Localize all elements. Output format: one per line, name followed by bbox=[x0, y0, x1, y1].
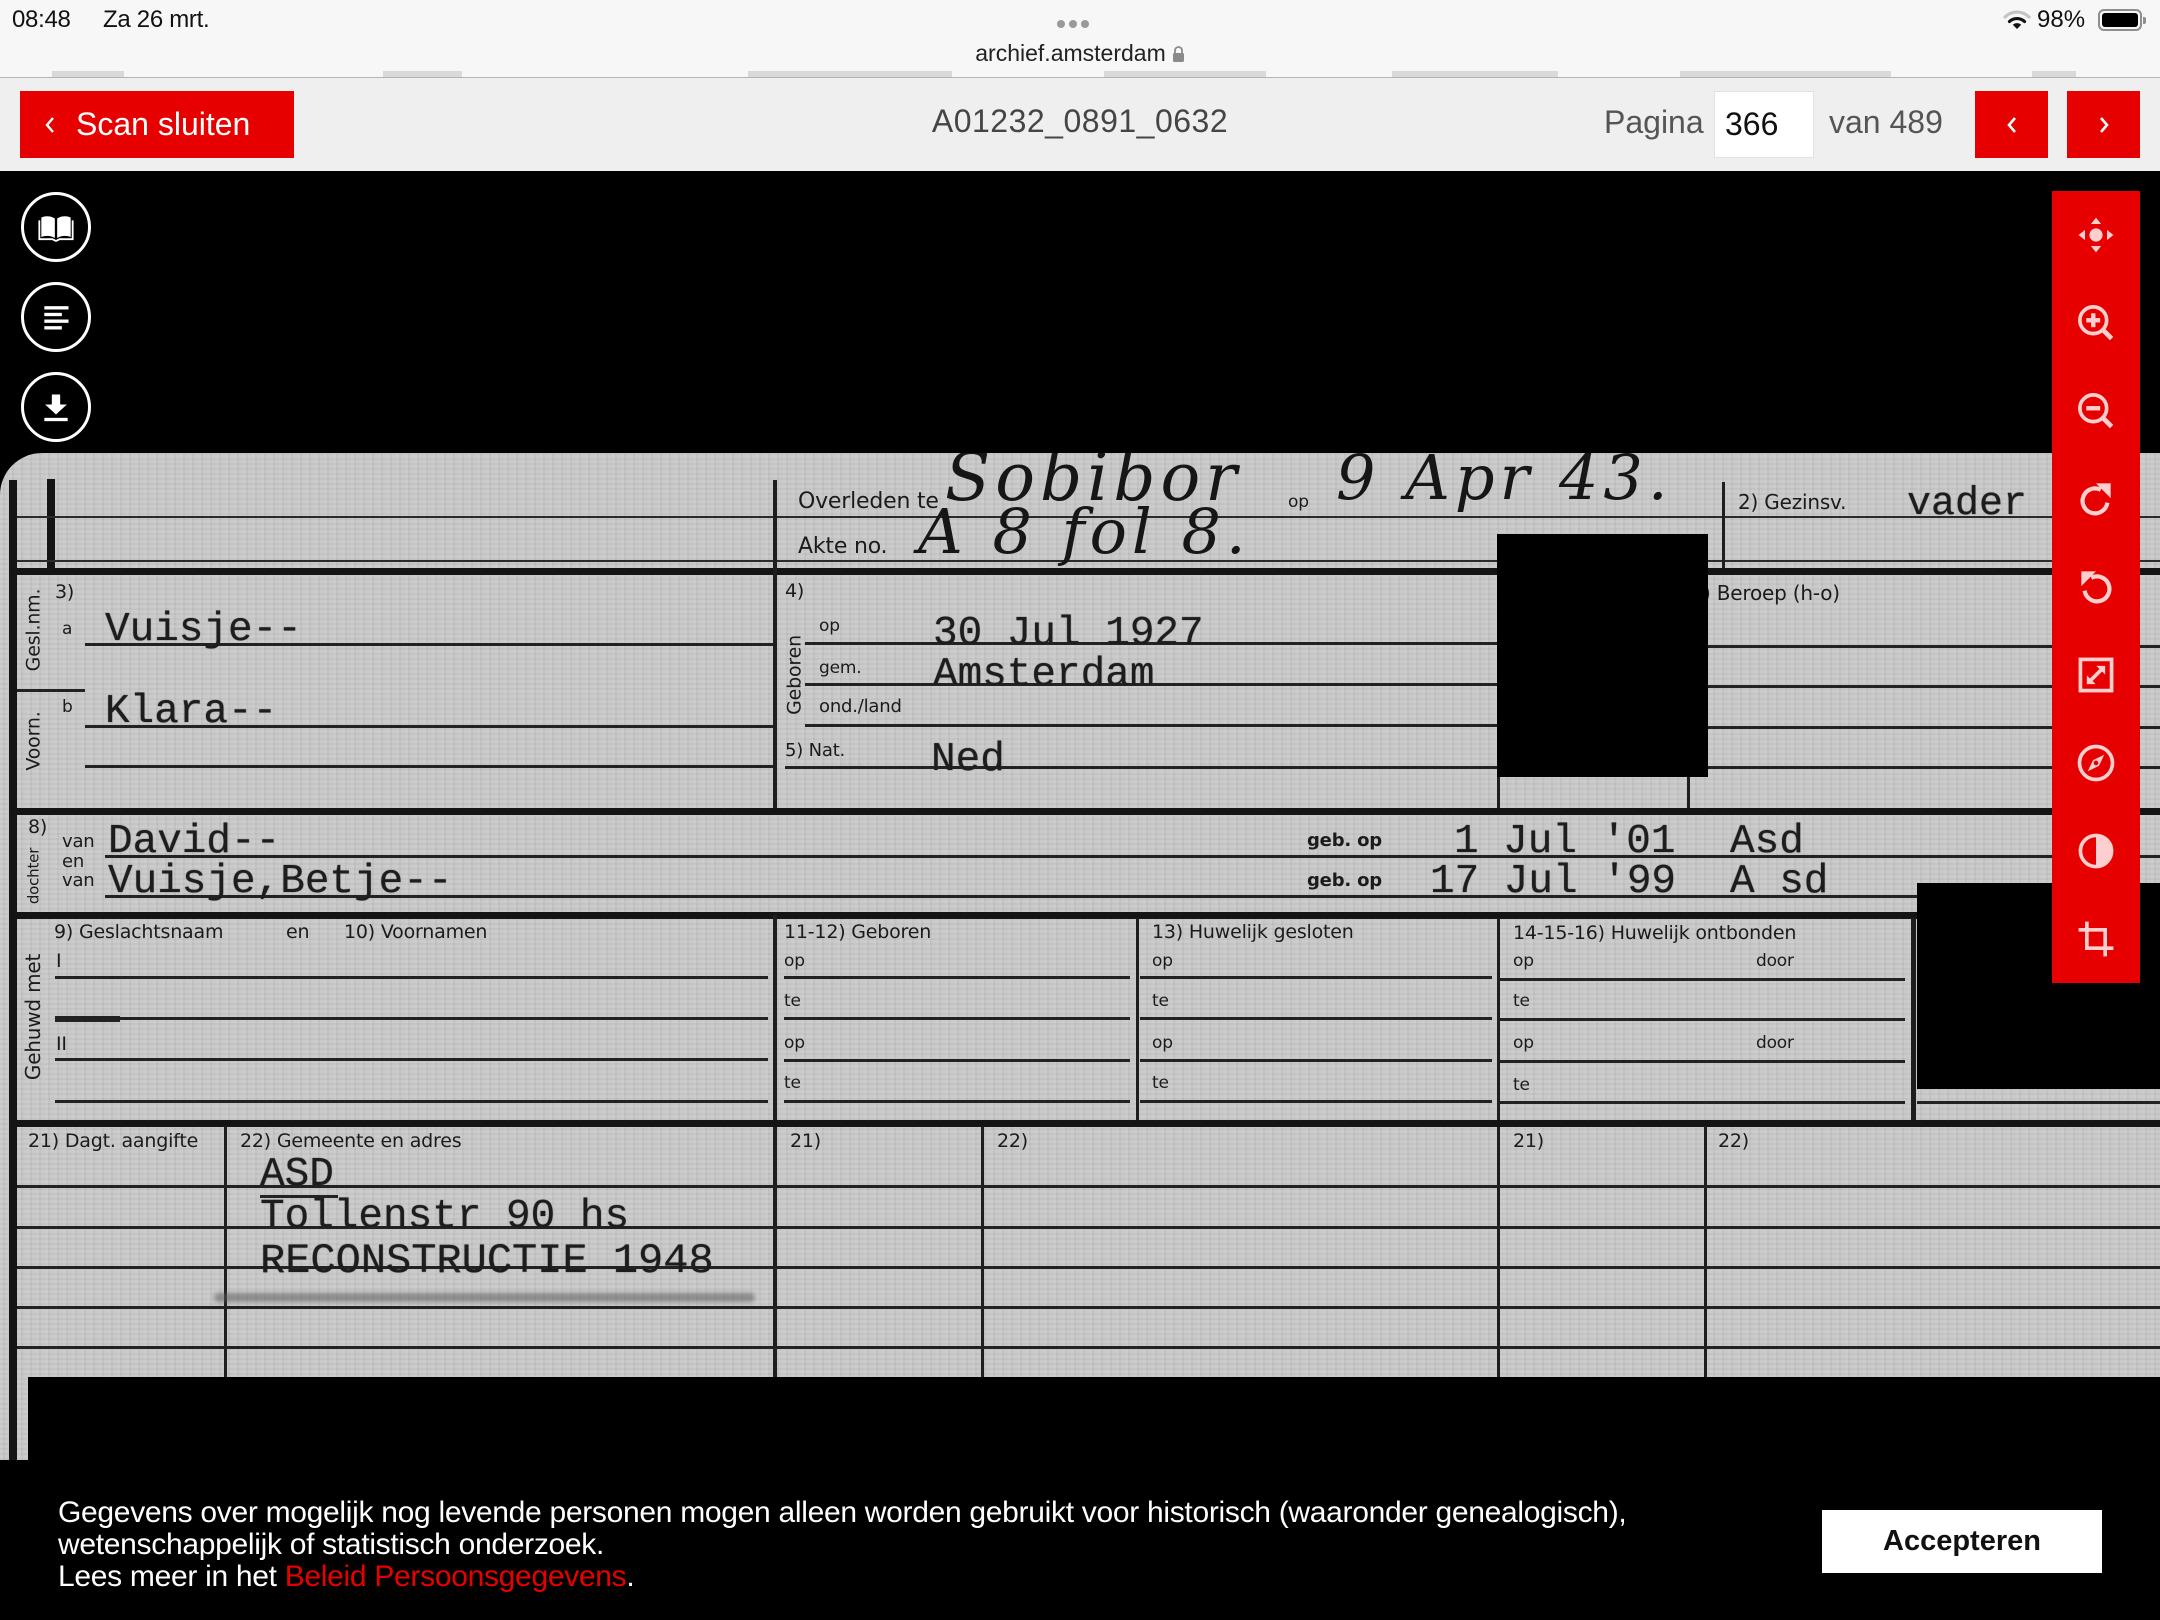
form-line bbox=[224, 1126, 227, 1377]
viewer-header: Scan sluiten A01232_0891_0632 Pagina van… bbox=[0, 78, 2160, 171]
form-line bbox=[85, 765, 773, 768]
form-line bbox=[55, 1058, 768, 1061]
geboorteplaats: Amsterdam bbox=[933, 655, 1154, 696]
label-te: te bbox=[1513, 1077, 1530, 1094]
page-number-input[interactable] bbox=[1714, 91, 1814, 158]
header-dagt-aangifte: 21) Dagt. aangifte bbox=[28, 1132, 198, 1151]
label-geb-op: geb. op bbox=[1307, 872, 1382, 890]
label-akte: Akte no. bbox=[798, 536, 887, 558]
form-line bbox=[55, 1100, 768, 1103]
accept-button[interactable]: Accepteren bbox=[1822, 1510, 2102, 1573]
label-dochter: dochter bbox=[27, 848, 42, 904]
contrast-icon bbox=[2074, 829, 2118, 873]
form-line bbox=[1704, 1126, 1707, 1377]
rotate-right-icon bbox=[2074, 477, 2118, 521]
label-voornamen: Voorn. bbox=[25, 711, 44, 770]
akte-nummer: A 8 fol 8. bbox=[918, 501, 1251, 563]
moeder-geboortedatum: 17 Jul '99 bbox=[1430, 862, 1676, 903]
form-line bbox=[1500, 978, 1905, 981]
book-icon bbox=[36, 207, 76, 247]
label-geslachtsnaam: Gesl.nm. bbox=[25, 589, 44, 672]
label-te: te bbox=[1152, 993, 1169, 1010]
section-number: 4) bbox=[785, 582, 804, 601]
privacy-banner: Gegevens over mogelijk nog levende perso… bbox=[0, 1460, 2160, 1620]
label-te: te bbox=[784, 993, 801, 1010]
vader-naam: David-- bbox=[108, 822, 280, 863]
crop-button[interactable] bbox=[2052, 895, 2140, 983]
rotate-right-button[interactable] bbox=[2052, 455, 2140, 543]
label-gezinsverhouding: 2) Gezinsv. bbox=[1738, 492, 1846, 512]
gezinsverhouding-value: vader bbox=[1907, 485, 2027, 525]
moeder-geboorteplaats: A sd bbox=[1730, 862, 1828, 903]
form-line bbox=[1136, 918, 1139, 1122]
header-huwelijk-gesloten: 13) Huwelijk gesloten bbox=[1152, 923, 1354, 942]
form-line bbox=[1500, 1018, 1905, 1021]
battery-icon bbox=[2098, 9, 2142, 31]
page-label: Pagina bbox=[1604, 104, 1704, 141]
form-line bbox=[784, 1059, 1130, 1062]
rotate-left-button[interactable] bbox=[2052, 543, 2140, 631]
chevron-left-icon bbox=[2005, 114, 2019, 136]
label-te: te bbox=[1513, 993, 1530, 1010]
moeder-naam: Vuisje,Betje-- bbox=[108, 862, 452, 903]
zoom-out-button[interactable] bbox=[2052, 367, 2140, 455]
geboortedatum: 30 Jul 1927 bbox=[933, 614, 1204, 655]
url-bar[interactable]: archief.amsterdam bbox=[0, 40, 2160, 69]
redaction-box bbox=[28, 1377, 2160, 1460]
scanned-record-card: Overleden te Sobibor op 9 Apr 43. Akte n… bbox=[0, 453, 2160, 1460]
form-line bbox=[55, 1017, 768, 1020]
privacy-policy-link[interactable]: Beleid Persoonsgegevens bbox=[285, 1560, 627, 1593]
form-line bbox=[1140, 1017, 1492, 1020]
form-line bbox=[1722, 482, 1725, 568]
label-op: op bbox=[1152, 1035, 1173, 1052]
form-line bbox=[9, 568, 2160, 575]
section-number: 3) bbox=[55, 583, 74, 602]
chevron-right-icon bbox=[2097, 114, 2111, 136]
form-line bbox=[784, 1017, 1130, 1020]
form-line bbox=[773, 480, 777, 810]
previous-page-button[interactable] bbox=[1975, 91, 2048, 158]
label-door: door bbox=[1756, 1035, 1794, 1052]
section-number: 8) bbox=[28, 818, 47, 837]
status-time: 08:48 bbox=[12, 6, 71, 34]
battery-percent: 98% bbox=[2037, 6, 2085, 34]
overleden-datum: 9 Apr 43. bbox=[1336, 453, 1673, 509]
header-gemeente-adres: 22) Gemeente en adres bbox=[240, 1132, 461, 1151]
form-line bbox=[9, 808, 2160, 815]
label-geboren: Geboren bbox=[786, 635, 805, 715]
header-22: 22) bbox=[1718, 1132, 1749, 1151]
form-line bbox=[47, 479, 55, 568]
privacy-notice-text: Gegevens over mogelijk nog levende perso… bbox=[58, 1497, 1628, 1593]
form-line bbox=[105, 855, 2160, 858]
label-op: op bbox=[1152, 953, 1173, 970]
label-van: van bbox=[62, 872, 95, 890]
download-icon bbox=[36, 387, 76, 427]
lock-icon bbox=[1172, 42, 1185, 69]
label-op: op bbox=[784, 953, 805, 970]
scan-viewer[interactable]: Overleden te Sobibor op 9 Apr 43. Akte n… bbox=[0, 171, 2160, 1460]
crop-icon bbox=[2074, 917, 2118, 961]
navigator-button[interactable] bbox=[2052, 719, 2140, 807]
label-op: op bbox=[784, 1035, 805, 1052]
pan-button[interactable] bbox=[2052, 191, 2140, 279]
privacy-notice: Gegevens over mogelijk nog levende perso… bbox=[58, 1496, 1626, 1561]
label-op: op bbox=[819, 618, 840, 635]
form-line bbox=[1140, 1100, 1492, 1103]
label-door: door bbox=[1756, 953, 1794, 970]
voornamen: Klara-- bbox=[105, 692, 277, 733]
list-icon bbox=[36, 297, 76, 337]
status-bar: 08:48 Za 26 mrt. archief.amsterdam 98% bbox=[0, 0, 2160, 77]
url-text: archief.amsterdam bbox=[975, 40, 1165, 66]
vader-geboortedatum: 1 Jul '01 bbox=[1454, 822, 1675, 863]
label-op: op bbox=[1288, 494, 1309, 511]
contrast-button[interactable] bbox=[2052, 807, 2140, 895]
label-en: en bbox=[62, 853, 84, 871]
adres-gemeente: ASD bbox=[260, 1155, 334, 1196]
label-geb-op: geb. op bbox=[1307, 832, 1382, 850]
label-roman-1: I bbox=[56, 952, 61, 971]
label-op: op bbox=[1513, 1035, 1534, 1052]
header-21: 21) bbox=[1513, 1132, 1544, 1151]
form-line bbox=[1500, 1060, 1905, 1063]
next-page-button[interactable] bbox=[2067, 91, 2140, 158]
adres-straat: Tollenstr 90 hs bbox=[260, 1197, 629, 1238]
form-line bbox=[9, 912, 2160, 919]
form-line bbox=[784, 976, 1130, 979]
vader-geboorteplaats: Asd bbox=[1730, 822, 1804, 863]
form-line bbox=[17, 1306, 2160, 1309]
header-voornamen: 10) Voornamen bbox=[344, 923, 487, 942]
form-line bbox=[17, 689, 85, 692]
label-nationaliteit: 5) Nat. bbox=[785, 742, 845, 760]
move-icon bbox=[2074, 213, 2118, 257]
read-more-text: Lees meer in het bbox=[58, 1560, 285, 1593]
header-en: en bbox=[286, 923, 309, 942]
fullscreen-button[interactable] bbox=[2052, 631, 2140, 719]
zoom-in-icon bbox=[2074, 301, 2118, 345]
form-line bbox=[55, 976, 768, 979]
card-border-left bbox=[9, 480, 17, 1460]
header-22: 22) bbox=[997, 1132, 1028, 1151]
form-line bbox=[1140, 976, 1492, 979]
form-line bbox=[17, 1346, 2160, 1349]
form-line bbox=[55, 1016, 120, 1022]
index-list-button[interactable] bbox=[21, 282, 91, 352]
label-b: b bbox=[62, 699, 73, 716]
download-button[interactable] bbox=[21, 372, 91, 442]
label-van: van bbox=[62, 833, 95, 851]
status-date: Za 26 mrt. bbox=[103, 6, 209, 34]
adres-opmerking: RECONSTRUCTIE 1948 bbox=[260, 1240, 714, 1282]
form-line bbox=[1500, 1101, 1905, 1104]
form-line bbox=[17, 1185, 2160, 1188]
label-op: op bbox=[1513, 953, 1534, 970]
header-21: 21) bbox=[790, 1132, 821, 1151]
zoom-out-icon bbox=[2074, 389, 2118, 433]
form-line bbox=[1917, 1101, 2160, 1104]
label-te: te bbox=[784, 1075, 801, 1092]
label-roman-2: II bbox=[56, 1035, 67, 1054]
geslachtsnaam: Vuisje-- bbox=[105, 610, 302, 651]
form-line bbox=[784, 1100, 1130, 1103]
page-total: van 489 bbox=[1829, 104, 1943, 141]
label-te: te bbox=[1152, 1075, 1169, 1092]
form-line bbox=[1911, 918, 1916, 1122]
image-toolbar bbox=[2052, 191, 2140, 983]
label-gemeente: gem. bbox=[819, 660, 861, 677]
redaction-box bbox=[1497, 534, 1708, 777]
form-line bbox=[805, 724, 1497, 727]
form-line bbox=[1140, 1059, 1492, 1062]
label-ond-land: ond./land bbox=[819, 698, 902, 716]
book-button[interactable] bbox=[21, 192, 91, 262]
nationaliteit: Ned bbox=[931, 740, 1005, 781]
rotate-left-icon bbox=[2074, 565, 2118, 609]
form-line bbox=[785, 766, 1497, 769]
more-dots-icon[interactable] bbox=[1057, 20, 1089, 28]
header-geslachtsnaam: 9) Geslachtsnaam bbox=[54, 923, 223, 942]
header-huwelijk-ontbonden: 14-15-16) Huwelijk ontbonden bbox=[1513, 924, 1796, 943]
wifi-icon bbox=[2003, 9, 2031, 31]
header-geboren: 11-12) Geboren bbox=[784, 923, 931, 942]
zoom-in-button[interactable] bbox=[2052, 279, 2140, 367]
fullscreen-icon bbox=[2074, 653, 2118, 697]
label-a: a bbox=[62, 621, 72, 638]
form-line bbox=[1687, 777, 1690, 810]
form-line bbox=[1497, 777, 1500, 810]
form-line bbox=[981, 1126, 984, 1377]
ink-smudge bbox=[214, 1293, 755, 1302]
label-gehuwd-met: Gehuwd met bbox=[23, 954, 43, 1080]
label-beroep: ) Beroep (h-o) bbox=[1703, 583, 1840, 603]
period: . bbox=[626, 1560, 634, 1593]
form-line bbox=[9, 1120, 2160, 1127]
compass-icon bbox=[2074, 741, 2118, 785]
